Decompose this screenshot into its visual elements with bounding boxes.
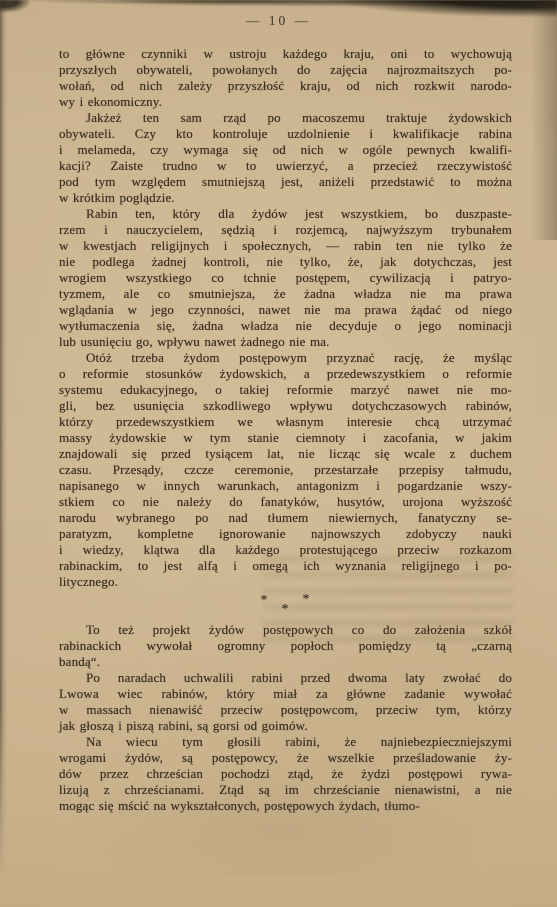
text-line: wytłumaczenia się, żadna władza nie decy… xyxy=(59,318,512,334)
text-line: gli, bez usunięcia szkodliwego wpływu do… xyxy=(59,398,512,414)
section-separator: * * * xyxy=(59,592,512,622)
right-edge-artifact xyxy=(531,0,557,240)
page-number: — 10 — xyxy=(0,13,557,29)
text-line: lizują z chrześcianami. Ztąd są im chrze… xyxy=(59,782,512,798)
text-line: lub usunięciu go, wpływu nawet żadnego n… xyxy=(59,334,512,350)
text-line: wołań, od nich zależy przyszłość kraju, … xyxy=(59,78,512,94)
asterisk-icon: * xyxy=(282,602,289,618)
text-line: stkiem co nie należy do fanatyków, husyt… xyxy=(59,494,512,510)
left-edge-artifact xyxy=(0,0,7,907)
text-line: rabinackim, to jest alfą i omegą ich wyz… xyxy=(59,558,512,574)
text-line: pod tym względem smutniejszą jest, aniże… xyxy=(59,174,512,190)
text-line: czasu. Przesądy, czcze ceremonie, przest… xyxy=(59,462,512,478)
text-line: w massach nienawiść przeciw postępowcom,… xyxy=(59,702,512,718)
paragraph: Na wiecu tym głosili rabini, że najniebe… xyxy=(59,734,512,814)
text-line: tyzmem, ale co smutniejsza, że żadna wła… xyxy=(59,286,512,302)
text-line: przyszłych obywateli, powołanych do zaję… xyxy=(59,62,512,78)
text-line: rabinackich wywołał ogromny popłoch pomi… xyxy=(59,638,512,654)
text-line: którzy przedewszystkiem we własnym inter… xyxy=(59,414,512,430)
text-line: nie podlega żadnej kontroli, nie tylko, … xyxy=(59,254,512,270)
text-line: To też projekt żydów postępowych co do z… xyxy=(59,622,512,638)
text-line: Na wiecu tym głosili rabini, że najniebe… xyxy=(59,734,512,750)
paragraph: Rabin ten, który dla żydów jest wszystki… xyxy=(59,206,512,350)
text-line: o reformie stosunków żydowskich, a przed… xyxy=(59,366,512,382)
paragraph: Po naradach uchwalili rabini przed dwoma… xyxy=(59,670,512,734)
text-line: paratyzm, kompletne ignorowanie najnowsz… xyxy=(59,526,512,542)
paragraph: to główne czynniki w ustroju każdego kra… xyxy=(59,46,512,110)
text-line: Lwowa wiec rabinów, który miał za główne… xyxy=(59,686,512,702)
asterisk-icon: * xyxy=(261,593,268,609)
text-line: i melameda, czy wymaga się od nich w ogó… xyxy=(59,142,512,158)
text-section-top: to główne czynniki w ustroju każdego kra… xyxy=(59,46,512,590)
text-line: litycznego. xyxy=(59,574,512,590)
text-column: to główne czynniki w ustroju każdego kra… xyxy=(59,46,512,814)
text-line: kacji? Zaiste trudno w to uwierzyć, a pr… xyxy=(59,158,512,174)
asterisk-icon: * xyxy=(303,592,310,608)
scanned-page: — 10 — to główne czynniki w ustroju każd… xyxy=(0,0,557,907)
text-line: Po naradach uchwalili rabini przed dwoma… xyxy=(59,670,512,686)
text-line: wrogiem wszystkiego co tchnie postępem, … xyxy=(59,270,512,286)
text-line: napisanego w innych warunkach, antagoniz… xyxy=(59,478,512,494)
paragraph: Jakżeż ten sam rząd po macoszemu traktuj… xyxy=(59,110,512,206)
text-line: mogąc się mścić na wykształconych, postę… xyxy=(59,798,512,814)
text-line: wy i ekonomiczny. xyxy=(59,94,512,110)
text-line: narodu wybranego po nad tłumem niewierny… xyxy=(59,510,512,526)
text-line: wglądania w jego czynności, nawet nie ma… xyxy=(59,302,512,318)
text-line: to główne czynniki w ustroju każdego kra… xyxy=(59,46,512,62)
text-line: obywateli. Czy kto kontroluje uzdolnieni… xyxy=(59,126,512,142)
text-line: w krótkim poglądzie. xyxy=(59,190,512,206)
text-section-bottom: To też projekt żydów postępowych co do z… xyxy=(59,622,512,814)
text-line: systemu edukacyjnego, o takiej reformie … xyxy=(59,382,512,398)
paragraph: Otóż trzeba żydom postępowym przyznać ra… xyxy=(59,350,512,590)
text-line: bandą“. xyxy=(59,654,512,670)
text-line: Otóż trzeba żydom postępowym przyznać ra… xyxy=(59,350,512,366)
paragraph: To też projekt żydów postępowych co do z… xyxy=(59,622,512,670)
text-line: dów przez chrześcian pochodzi ztąd, że ż… xyxy=(59,766,512,782)
text-line: znajdowali się przed tysiącem lat, nie l… xyxy=(59,446,512,462)
text-line: wrogami żydów, są postępowcy, że wszelki… xyxy=(59,750,512,766)
text-line: Rabin ten, który dla żydów jest wszystki… xyxy=(59,206,512,222)
text-line: Jakżeż ten sam rząd po macoszemu traktuj… xyxy=(59,110,512,126)
text-line: rzem i nauczycielem, sędzią i rozjemcą, … xyxy=(59,222,512,238)
text-line: w kwestjach religijnych i społecznych, —… xyxy=(59,238,512,254)
text-line: i wiedzy, klątwa dla każdego protestując… xyxy=(59,542,512,558)
text-line: jak głoszą i piszą rabini, są gorsi od g… xyxy=(59,718,512,734)
text-line: massy żydowskie w tym stanie ciemnoty i … xyxy=(59,430,512,446)
